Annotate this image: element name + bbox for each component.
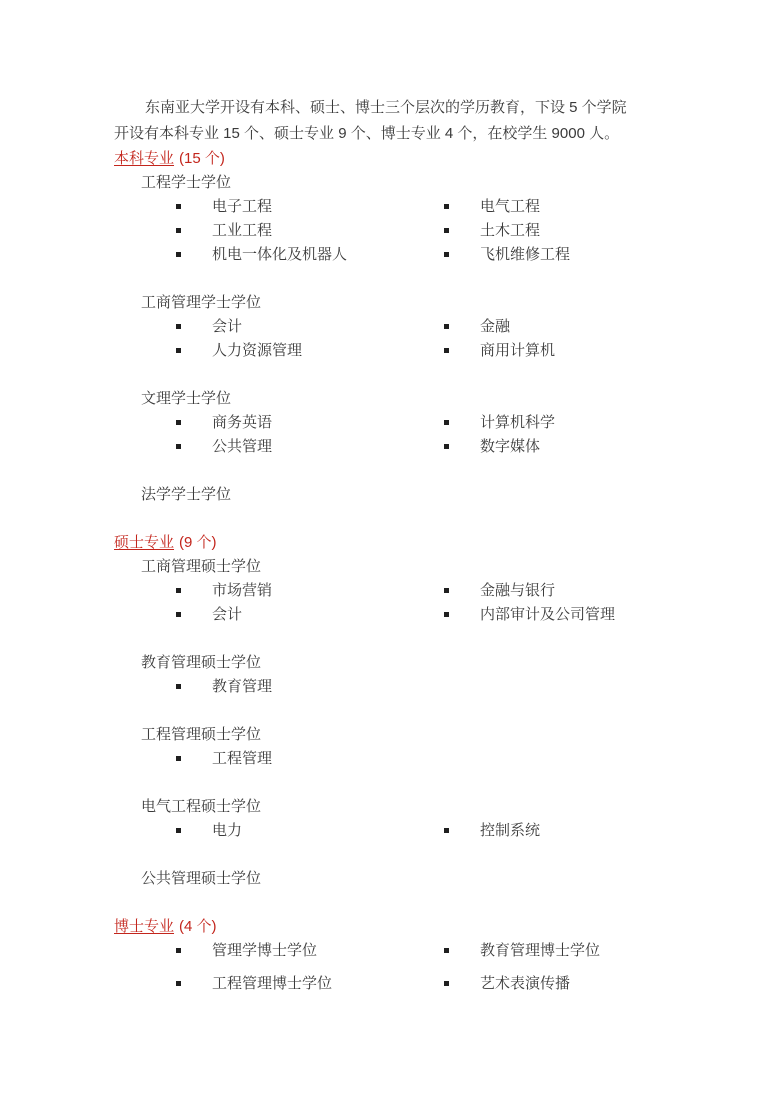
bullet-row: 电子工程 电气工程: [114, 195, 737, 219]
document-page: 东南亚大学开设有本科、硕士、博士三个层次的学历教育，下设 5 个学院 开设有本科…: [0, 0, 777, 1099]
degree-group: 电气工程硕士学位 电力 控制系统: [114, 795, 737, 843]
bullet-item-right: 数字媒体: [444, 435, 712, 459]
program-name: 金融与银行: [480, 579, 555, 603]
degree-group-title: 工程管理硕士学位: [141, 723, 737, 747]
bullet-item-left: 电子工程: [176, 195, 444, 219]
program-name: 工程管理: [212, 747, 272, 771]
program-name: 会计: [212, 603, 242, 627]
bullet-item-right: 内部审计及公司管理: [444, 603, 712, 627]
square-bullet-icon: [444, 204, 449, 209]
bullet-row: 会计 金融: [114, 315, 737, 339]
bullet-row: 工程管理博士学位 艺术表演传播: [114, 972, 737, 996]
program-name: 机电一体化及机器人: [212, 243, 347, 267]
group-rows: 工程管理: [114, 747, 737, 771]
bullet-item-left: 市场营销: [176, 579, 444, 603]
square-bullet-icon: [176, 228, 181, 233]
square-bullet-icon: [444, 420, 449, 425]
degree-group-title: 文理学士学位: [141, 387, 737, 411]
square-bullet-icon: [176, 348, 181, 353]
square-bullet-icon: [444, 348, 449, 353]
degree-group: 工商管理学士学位 会计 金融 人力资源管理 商用计算机: [114, 291, 737, 363]
square-bullet-icon: [444, 324, 449, 329]
degree-section: 本科专业(15 个) 工程学士学位 电子工程 电气工程 工业工程 土木工程 机电…: [114, 147, 737, 507]
square-bullet-icon: [176, 588, 181, 593]
bullet-item-left: 商务英语: [176, 411, 444, 435]
bullet-item-right: 控制系统: [444, 819, 712, 843]
square-bullet-icon: [444, 228, 449, 233]
degree-group-title: 法学学士学位: [141, 483, 737, 507]
degree-group: 文理学士学位 商务英语 计算机科学 公共管理 数字媒体: [114, 387, 737, 459]
section-groups: 工商管理硕士学位 市场营销 金融与银行 会计 内部审计及公司管理 教育管理硕士学…: [114, 555, 737, 891]
bullet-item-right: 金融与银行: [444, 579, 712, 603]
section-heading-count: (9 个): [179, 534, 217, 551]
degree-group: 法学学士学位: [114, 483, 737, 507]
square-bullet-icon: [176, 420, 181, 425]
section-heading: 博士专业(4 个): [114, 915, 737, 939]
bullet-row: 会计 内部审计及公司管理: [114, 603, 737, 627]
degree-sections: 本科专业(15 个) 工程学士学位 电子工程 电气工程 工业工程 土木工程 机电…: [114, 147, 737, 996]
bullet-item-right: 教育管理博士学位: [444, 939, 712, 963]
group-rows: 商务英语 计算机科学 公共管理 数字媒体: [114, 411, 737, 459]
group-rows: 市场营销 金融与银行 会计 内部审计及公司管理: [114, 579, 737, 627]
square-bullet-icon: [444, 828, 449, 833]
section-groups: 工程学士学位 电子工程 电气工程 工业工程 土木工程 机电一体化及机器人 飞机维…: [114, 171, 737, 507]
square-bullet-icon: [176, 756, 181, 761]
program-name: 商用计算机: [480, 339, 555, 363]
bullet-item-left: 会计: [176, 603, 444, 627]
section-heading-title: 博士专业: [114, 918, 174, 935]
program-name: 飞机维修工程: [480, 243, 570, 267]
square-bullet-icon: [176, 948, 181, 953]
bullet-item-left: 管理学博士学位: [176, 939, 444, 963]
program-name: 土木工程: [480, 219, 540, 243]
degree-group: 工程管理硕士学位 工程管理: [114, 723, 737, 771]
degree-section: 博士专业(4 个) 管理学博士学位 教育管理博士学位 工程管理博士学位 艺术表演…: [114, 915, 737, 996]
degree-group: 工商管理硕士学位 市场营销 金融与银行 会计 内部审计及公司管理: [114, 555, 737, 627]
bullet-item-right: 金融: [444, 315, 712, 339]
degree-group-title: 工程学士学位: [141, 171, 737, 195]
program-name: 工程管理博士学位: [212, 972, 332, 996]
square-bullet-icon: [444, 948, 449, 953]
degree-group: 教育管理硕士学位 教育管理: [114, 651, 737, 699]
bullet-item-left: 教育管理: [176, 675, 444, 699]
square-bullet-icon: [444, 588, 449, 593]
bullet-item-right: 计算机科学: [444, 411, 712, 435]
group-rows: 教育管理: [114, 675, 737, 699]
bullet-item-left: 工业工程: [176, 219, 444, 243]
program-name: 电力: [212, 819, 242, 843]
bullet-row: 管理学博士学位 教育管理博士学位: [114, 939, 737, 963]
section-heading-count: (15 个): [179, 150, 225, 167]
square-bullet-icon: [176, 252, 181, 257]
program-name: 金融: [480, 315, 510, 339]
intro-line-2: 开设有本科专业 15 个、硕士专业 9 个、博士专业 4 个，在校学生 9000…: [114, 121, 737, 147]
degree-group: 工程学士学位 电子工程 电气工程 工业工程 土木工程 机电一体化及机器人 飞机维…: [114, 171, 737, 267]
bullet-row: 公共管理 数字媒体: [114, 435, 737, 459]
bullet-item-left: 人力资源管理: [176, 339, 444, 363]
degree-group-title: 公共管理硕士学位: [141, 867, 737, 891]
section-groups: 管理学博士学位 教育管理博士学位 工程管理博士学位 艺术表演传播: [114, 939, 737, 996]
degree-group: 公共管理硕士学位: [114, 867, 737, 891]
degree-group-title: 工商管理学士学位: [141, 291, 737, 315]
bullet-item-right: 电气工程: [444, 195, 712, 219]
bullet-item-left: 公共管理: [176, 435, 444, 459]
bullet-row: 电力 控制系统: [114, 819, 737, 843]
program-name: 内部审计及公司管理: [480, 603, 615, 627]
program-name: 教育管理博士学位: [480, 939, 600, 963]
square-bullet-icon: [176, 684, 181, 689]
square-bullet-icon: [176, 981, 181, 986]
section-heading-title: 硕士专业: [114, 534, 174, 551]
section-heading-count: (4 个): [179, 918, 217, 935]
square-bullet-icon: [444, 252, 449, 257]
bullet-item-left: 电力: [176, 819, 444, 843]
square-bullet-icon: [444, 612, 449, 617]
program-name: 人力资源管理: [212, 339, 302, 363]
degree-group-title: 电气工程硕士学位: [141, 795, 737, 819]
square-bullet-icon: [444, 444, 449, 449]
section-heading: 硕士专业(9 个): [114, 531, 737, 555]
square-bullet-icon: [444, 981, 449, 986]
program-name: 市场营销: [212, 579, 272, 603]
section-heading-title: 本科专业: [114, 150, 174, 167]
group-rows: 会计 金融 人力资源管理 商用计算机: [114, 315, 737, 363]
group-rows: 电子工程 电气工程 工业工程 土木工程 机电一体化及机器人 飞机维修工程: [114, 195, 737, 267]
bullet-item-right: 商用计算机: [444, 339, 712, 363]
bullet-item-right: 土木工程: [444, 219, 712, 243]
bullet-item-right: 艺术表演传播: [444, 972, 712, 996]
bullet-row: 工业工程 土木工程: [114, 219, 737, 243]
bullet-row: 教育管理: [114, 675, 737, 699]
degree-group: 管理学博士学位 教育管理博士学位 工程管理博士学位 艺术表演传播: [114, 939, 737, 996]
bullet-row: 工程管理: [114, 747, 737, 771]
intro-line-1: 东南亚大学开设有本科、硕士、博士三个层次的学历教育，下设 5 个学院: [114, 95, 737, 121]
bullet-item-left: 工程管理博士学位: [176, 972, 444, 996]
bullet-item-right: 飞机维修工程: [444, 243, 712, 267]
program-name: 管理学博士学位: [212, 939, 317, 963]
program-name: 公共管理: [212, 435, 272, 459]
bullet-row: 人力资源管理 商用计算机: [114, 339, 737, 363]
section-heading: 本科专业(15 个): [114, 147, 737, 171]
square-bullet-icon: [176, 612, 181, 617]
square-bullet-icon: [176, 828, 181, 833]
program-name: 电子工程: [212, 195, 272, 219]
program-name: 会计: [212, 315, 242, 339]
program-name: 数字媒体: [480, 435, 540, 459]
program-name: 电气工程: [480, 195, 540, 219]
program-name: 教育管理: [212, 675, 272, 699]
degree-group-title: 教育管理硕士学位: [141, 651, 737, 675]
program-name: 商务英语: [212, 411, 272, 435]
intro-paragraph: 东南亚大学开设有本科、硕士、博士三个层次的学历教育，下设 5 个学院 开设有本科…: [114, 95, 737, 147]
program-name: 计算机科学: [480, 411, 555, 435]
bullet-item-left: 工程管理: [176, 747, 444, 771]
group-rows: 管理学博士学位 教育管理博士学位 工程管理博士学位 艺术表演传播: [114, 939, 737, 996]
bullet-item-left: 会计: [176, 315, 444, 339]
group-rows: 电力 控制系统: [114, 819, 737, 843]
square-bullet-icon: [176, 444, 181, 449]
bullet-row: 市场营销 金融与银行: [114, 579, 737, 603]
bullet-item-left: 机电一体化及机器人: [176, 243, 444, 267]
degree-section: 硕士专业(9 个) 工商管理硕士学位 市场营销 金融与银行 会计 内部审计及公司…: [114, 531, 737, 891]
program-name: 控制系统: [480, 819, 540, 843]
square-bullet-icon: [176, 324, 181, 329]
program-name: 艺术表演传播: [480, 972, 570, 996]
bullet-row: 机电一体化及机器人 飞机维修工程: [114, 243, 737, 267]
degree-group-title: 工商管理硕士学位: [141, 555, 737, 579]
program-name: 工业工程: [212, 219, 272, 243]
bullet-row: 商务英语 计算机科学: [114, 411, 737, 435]
square-bullet-icon: [176, 204, 181, 209]
